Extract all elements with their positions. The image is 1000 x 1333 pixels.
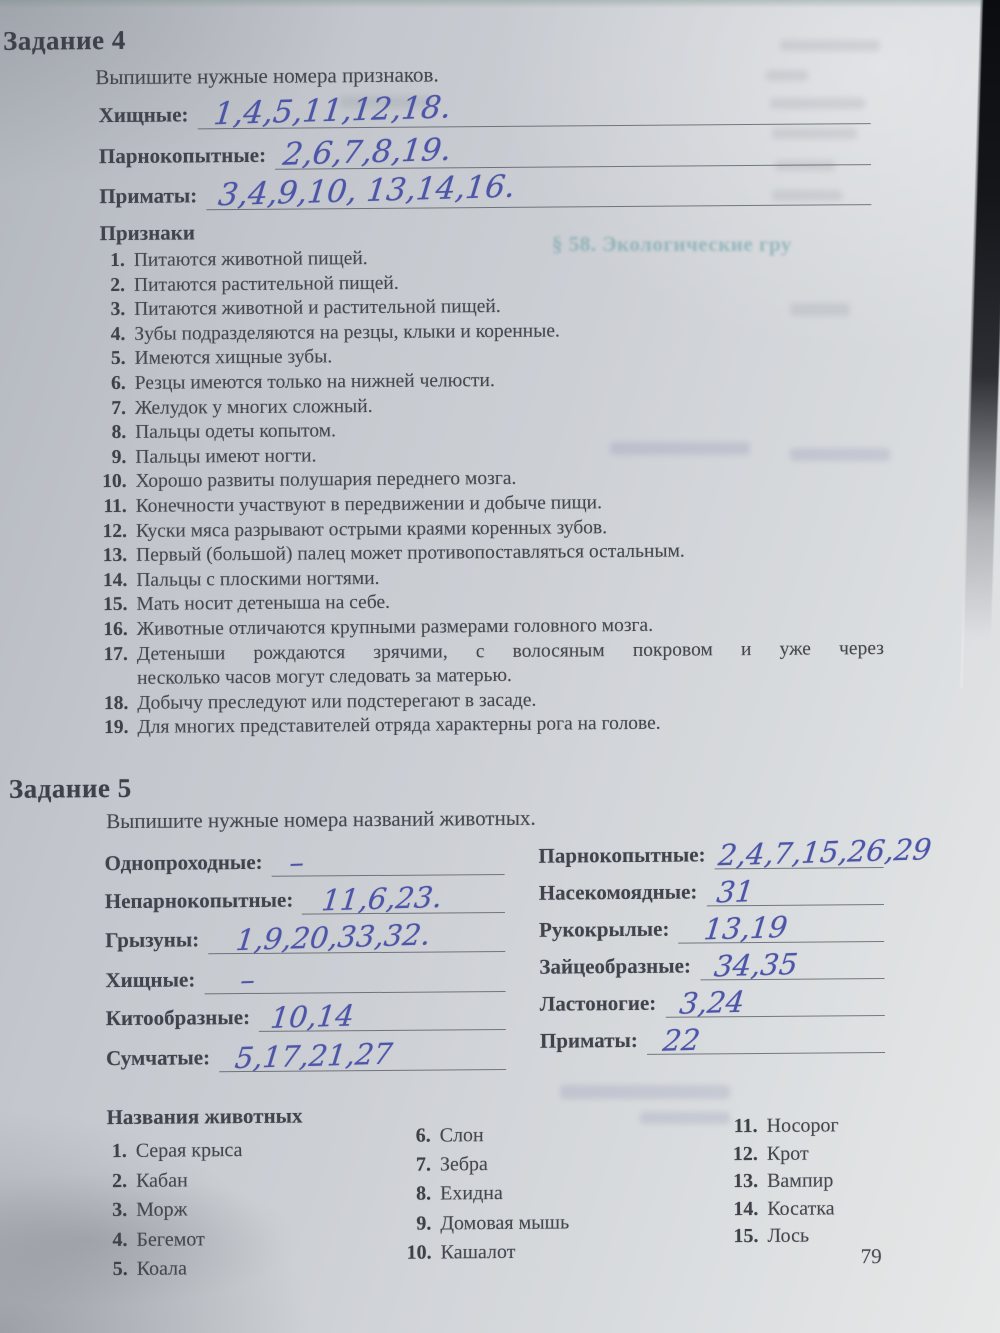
- answer-row-lagomorphs: Зайцеобразные: 34,35: [539, 947, 884, 982]
- feature-number: 11.: [91, 495, 127, 520]
- handwritten-answer: 31: [714, 874, 755, 909]
- animal-name: Зебра: [440, 1150, 488, 1180]
- answer-row-bats: Рукокрылые: 13,19: [539, 910, 884, 945]
- answer-blank-line: 13,19: [678, 909, 884, 944]
- handwritten-answer: 11,6,23.: [320, 880, 444, 917]
- feature-number: 19.: [92, 716, 128, 741]
- answer-label: Рукокрылые:: [539, 917, 670, 945]
- task5-title: Задание 5: [9, 773, 132, 805]
- task4-title: Задание 4: [3, 25, 126, 57]
- animal-number: 15.: [716, 1223, 758, 1251]
- animal-name: Слон: [440, 1121, 484, 1151]
- animal-name: Серая крыса: [136, 1136, 243, 1166]
- feature-number: 9.: [90, 446, 126, 471]
- animal-item: 10.Кашалот: [399, 1237, 569, 1268]
- handwritten-answer: 3,24: [677, 985, 746, 1021]
- answer-row-carnivores: Хищные: –: [105, 960, 505, 995]
- animal-item: 2.Кабан: [99, 1166, 243, 1197]
- feature-number: 18.: [92, 692, 128, 717]
- answer-blank-line: 3,24: [665, 983, 885, 1018]
- animal-name: Лось: [767, 1223, 809, 1251]
- feature-number: 6.: [90, 372, 126, 397]
- answer-row-perissodactyls: Непарнокопытные: 11,6,23.: [105, 881, 505, 916]
- answer-label: Приматы:: [540, 1028, 638, 1056]
- animal-item: 6.Слон: [399, 1120, 569, 1151]
- animal-name: Носорог: [767, 1112, 839, 1140]
- feature-number: 7.: [90, 396, 126, 421]
- animal-number: 11.: [716, 1113, 758, 1141]
- handwritten-answer: 13,19: [703, 910, 790, 946]
- animal-item: 3.Морж: [99, 1195, 243, 1226]
- animal-number: 1.: [99, 1137, 127, 1167]
- handwritten-answer: 10,14: [269, 998, 356, 1034]
- features-list: 1.Питаются животной пищей. 2.Питаются ра…: [89, 243, 885, 741]
- task4-instruction: Выпишите нужные номера признаков.: [95, 62, 438, 90]
- answer-blank-line: 5,17,21,27: [219, 1037, 506, 1072]
- feature-text: Для многих представителей отряда характе…: [137, 710, 884, 740]
- feature-text: Детеныши рождаются зрячими, с волосяным …: [137, 636, 884, 691]
- animals-column-3: 11.Носорог 12.Крот 13.Вампир 14.Косатка …: [716, 1112, 840, 1251]
- feature-number: 14.: [91, 569, 127, 594]
- task5-instruction: Выпишите нужные номера названий животных…: [106, 806, 536, 834]
- answer-blank-line: 11,6,23.: [302, 880, 505, 915]
- animal-number: 7.: [399, 1151, 431, 1180]
- answer-blank-line: 10,14: [259, 997, 506, 1032]
- feature-number: 5.: [89, 347, 125, 372]
- answer-blank-line: –: [204, 959, 505, 994]
- page-number: 79: [861, 1244, 882, 1269]
- answer-row-primates2: Приматы: 22: [540, 1021, 885, 1056]
- animal-number: 5.: [100, 1255, 128, 1285]
- handwritten-answer: 3,4,9,10, 13,14,16.: [216, 169, 517, 214]
- animal-item: 4.Бегемот: [99, 1225, 243, 1256]
- answer-blank-line: 2,6,7,8,19.: [275, 132, 871, 170]
- answer-row-marsupials: Сумчатые: 5,17,21,27: [106, 1038, 506, 1073]
- answer-label: Сумчатые:: [106, 1045, 210, 1073]
- answer-row-artiodactyls: Парнокопытные: 2,6,7,8,19.: [99, 133, 871, 171]
- handwritten-answer: 5,17,21,27: [233, 1037, 394, 1076]
- answer-label: Хищные:: [105, 967, 195, 995]
- answer-label: Непарнокопытные:: [105, 888, 294, 916]
- answer-blank-line: 3,4,9,10, 13,14,16.: [206, 172, 871, 210]
- animal-name: Вампир: [767, 1168, 833, 1196]
- animal-item: 13.Вампир: [716, 1168, 839, 1197]
- answer-label: Грызуны:: [105, 927, 199, 955]
- animal-number: 8.: [399, 1180, 431, 1209]
- answer-label: Хищные:: [99, 102, 189, 130]
- answer-label: Парнокопытные:: [99, 143, 266, 171]
- handwritten-answer: 1,9,20,33,32.: [234, 917, 432, 957]
- animal-item: 11.Носорог: [716, 1112, 839, 1141]
- animal-number: 4.: [99, 1225, 127, 1255]
- answer-row-rodents: Грызуны: 1,9,20,33,32.: [105, 920, 505, 955]
- feature-number: 10.: [90, 470, 126, 495]
- handwritten-answer: 34,35: [712, 947, 799, 983]
- feature-number: 3.: [89, 298, 125, 323]
- feature-number: 8.: [90, 421, 126, 446]
- animal-number: 13.: [716, 1168, 758, 1196]
- animal-number: 3.: [99, 1196, 127, 1226]
- answer-row-pinnipeds: Ластоногие: 3,24: [540, 984, 885, 1019]
- answer-blank-line: 31: [706, 872, 884, 906]
- answer-label: Ластоногие:: [540, 991, 657, 1019]
- workbook-page-photo: § 58. Экологические гру Задание 4 Выпиши…: [0, 0, 1000, 1333]
- animal-item: 14.Косатка: [716, 1195, 839, 1224]
- answer-row-insectivores: Насекомоядные: 31: [539, 873, 884, 908]
- animal-item: 8.Ехидна: [399, 1179, 569, 1210]
- animal-name: Крот: [767, 1140, 809, 1168]
- animal-item: 9.Домовая мышь: [399, 1208, 569, 1239]
- answer-blank-line: 22: [647, 1020, 885, 1055]
- animal-number: 10.: [399, 1238, 431, 1267]
- handwritten-answer: –: [288, 845, 306, 879]
- animal-number: 2.: [99, 1166, 127, 1196]
- answer-label: Китообразные:: [106, 1005, 251, 1033]
- animal-number: 6.: [399, 1122, 431, 1151]
- animal-name: Косатка: [767, 1195, 835, 1223]
- feature-number: 4.: [89, 323, 125, 348]
- feature-number: 12.: [91, 519, 127, 544]
- answer-label: Зайцеобразные:: [539, 954, 691, 982]
- answer-row-predators: Хищные: 1,4,5,11,12,18.: [99, 92, 871, 130]
- answer-blank-line: 1,4,5,11,12,18.: [197, 91, 870, 129]
- answer-row-primates: Приматы: 3,4,9,10, 13,14,16.: [99, 173, 871, 211]
- answer-label: Однопроходные:: [104, 850, 262, 878]
- animal-item: 5.Коала: [100, 1254, 244, 1285]
- animal-item: 12.Крот: [716, 1140, 839, 1169]
- animal-name: Домовая мышь: [440, 1208, 569, 1238]
- answer-row-cetaceans: Китообразные: 10,14: [106, 998, 506, 1033]
- answer-row-artiodactyls2: Парнокопытные: 2,4,7,15,26,29: [538, 836, 883, 871]
- answer-label: Насекомоядные:: [539, 879, 698, 907]
- animal-number: 14.: [716, 1196, 758, 1224]
- feature-number: 16.: [92, 618, 128, 643]
- animals-column-1: 1.Серая крыса 2.Кабан 3.Морж 4.Бегемот 5…: [99, 1136, 244, 1285]
- animals-column-2: 6.Слон 7.Зебра 8.Ехидна 9.Домовая мышь 1…: [399, 1120, 570, 1267]
- feature-number: 15.: [91, 593, 127, 618]
- animal-number: 9.: [399, 1209, 431, 1238]
- handwritten-answer: 2,4,7,15,26,29: [717, 832, 933, 872]
- animal-name: Кабан: [136, 1166, 188, 1196]
- answer-label: Парнокопытные:: [538, 842, 705, 870]
- feature-number: 1.: [89, 249, 125, 274]
- animal-name: Ехидна: [440, 1179, 503, 1209]
- answer-blank-line: 2,4,7,15,26,29: [714, 835, 883, 869]
- answer-row-monotremes: Однопроходные: –: [104, 843, 504, 878]
- animal-number: 12.: [716, 1141, 758, 1169]
- feature-number: 17.: [92, 642, 128, 691]
- answer-blank-line: –: [271, 842, 504, 877]
- handwritten-answer: 2,6,7,8,19.: [281, 132, 453, 173]
- animal-name: Коала: [137, 1254, 187, 1284]
- animal-item: 15.Лось: [716, 1223, 839, 1252]
- animal-name: Бегемот: [136, 1225, 205, 1255]
- answer-label: Приматы:: [99, 183, 197, 211]
- handwritten-answer: 22: [661, 1023, 702, 1058]
- answer-blank-line: 1,9,20,33,32.: [208, 919, 505, 954]
- feature-item: 17. Детеныши рождаются зрячими, с волося…: [92, 636, 884, 691]
- handwritten-answer: 1,4,5,11,12,18.: [212, 89, 453, 132]
- features-heading: Признаки: [99, 220, 195, 246]
- answer-blank-line: 34,35: [700, 946, 885, 980]
- animal-name: Кашалот: [440, 1238, 515, 1268]
- animal-item: 1.Серая крыса: [99, 1136, 243, 1167]
- feature-number: 2.: [89, 274, 125, 299]
- feature-item: 19.Для многих представителей отряда хара…: [92, 710, 884, 741]
- animal-item: 7.Зебра: [399, 1150, 569, 1181]
- handwritten-answer: –: [238, 963, 256, 997]
- animal-name: Морж: [136, 1195, 187, 1225]
- feature-number: 13.: [91, 544, 127, 569]
- animals-heading: Названия животных: [106, 1104, 302, 1131]
